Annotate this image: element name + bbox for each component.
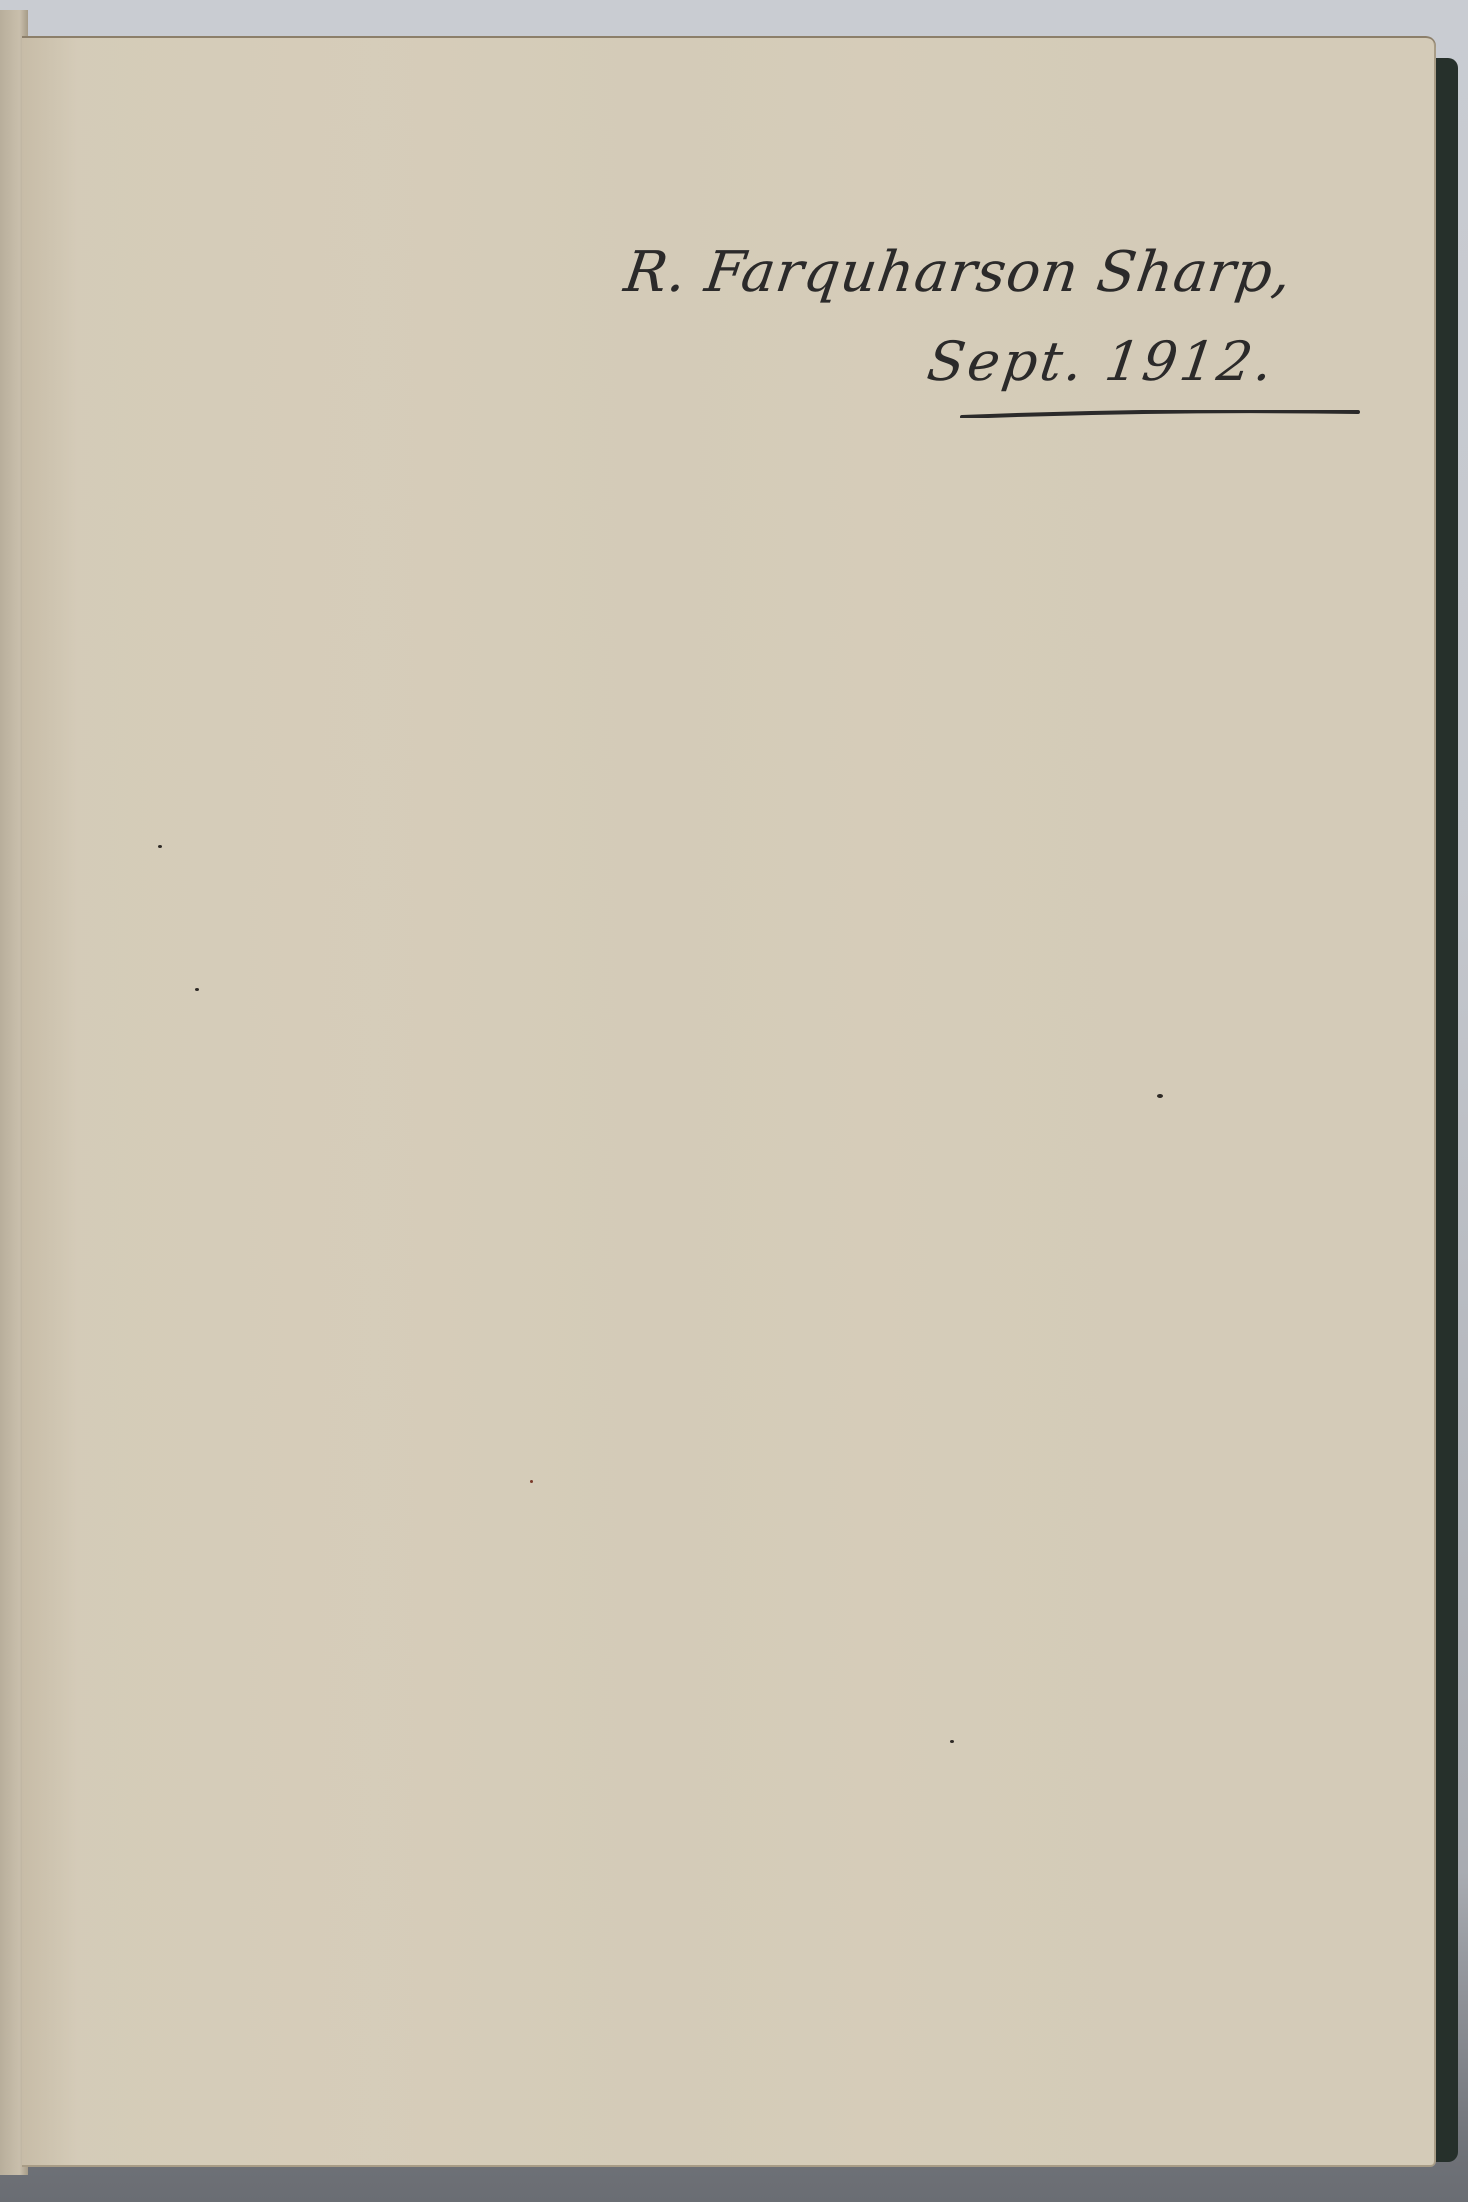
ink-speck	[530, 1480, 533, 1483]
ink-speck	[1157, 1094, 1163, 1098]
inscription-name: R. Farquharson Sharp,	[620, 240, 1296, 305]
inscription-date: Sept. 1912.	[924, 330, 1280, 393]
ink-underline	[960, 410, 1360, 418]
handwritten-inscription: R. Farquharson Sharp, Sept. 1912.	[610, 230, 1410, 470]
ink-speck	[950, 1740, 954, 1743]
ink-speck	[195, 988, 199, 991]
ink-speck	[158, 845, 162, 848]
